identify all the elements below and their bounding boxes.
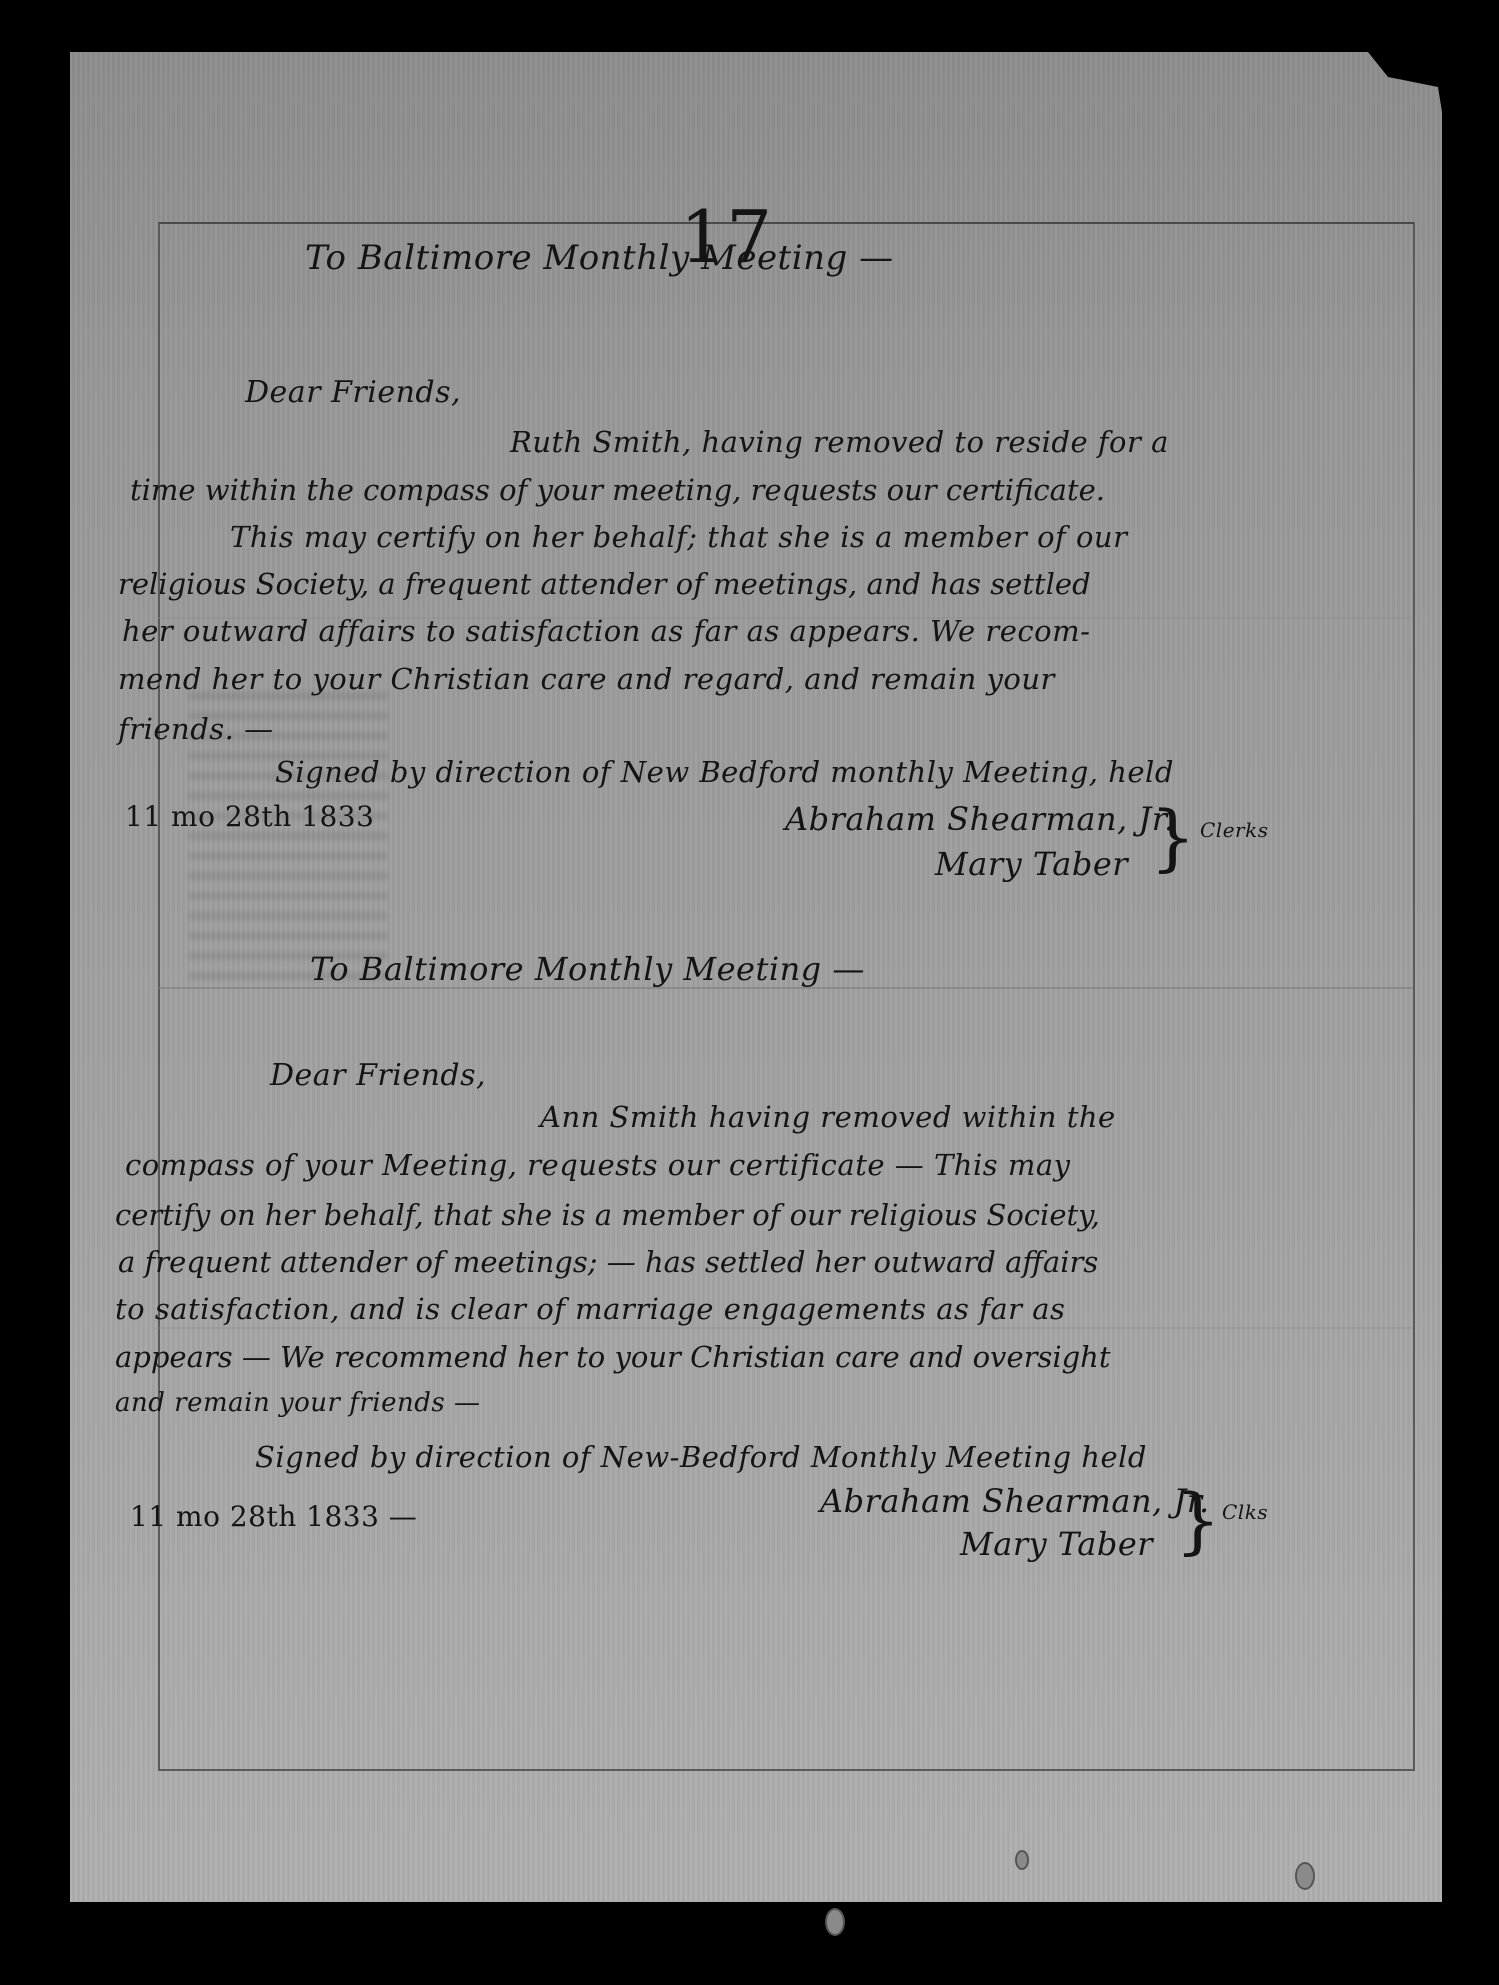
signature-brace: } [1150, 795, 1196, 879]
body-line: appears — We recommend her to your Chris… [115, 1340, 1111, 1374]
body-line: Ann Smith having removed within the [540, 1100, 1116, 1134]
body-line: religious Society, a frequent attender o… [118, 567, 1091, 601]
body-line: to satisfaction, and is clear of marriag… [115, 1292, 1065, 1326]
signature-mary-taber: Mary Taber [960, 1525, 1153, 1563]
signature-abraham-shearman: Abraham Shearman, Jr. [785, 800, 1175, 838]
body-line: a frequent attender of meetings; — has s… [118, 1245, 1098, 1279]
paper-blemish [1015, 1850, 1029, 1870]
body-line: mend her to your Christian care and rega… [118, 662, 1055, 696]
letter-heading: To Baltimore Monthly Meeting — [310, 950, 865, 988]
letter-greeting: Dear Friends, [245, 375, 461, 410]
signature-abraham-shearman: Abraham Shearman, Jr. [820, 1482, 1210, 1520]
signature-mary-taber: Mary Taber [935, 845, 1128, 883]
body-line: certify on her behalf, that she is a mem… [115, 1198, 1100, 1232]
paper-blemish [825, 1908, 845, 1936]
body-line: time within the compass of your meeting,… [130, 473, 1105, 507]
letter-greeting: Dear Friends, [270, 1058, 486, 1093]
paper-blemish [1295, 1862, 1315, 1890]
signature-brace: } [1175, 1478, 1221, 1562]
body-line: Ruth Smith, having removed to reside for… [510, 425, 1169, 459]
body-line: This may certify on her behalf; that she… [230, 520, 1127, 554]
body-line: her outward affairs to satisfaction as f… [122, 614, 1090, 648]
body-line: friends. — [118, 712, 274, 746]
letter-date: 11 mo 28th 1833 — [130, 1500, 417, 1533]
fold-line [158, 1327, 1413, 1329]
letter-closing: Signed by direction of New-Bedford Month… [255, 1440, 1147, 1474]
letter-date: 11 mo 28th 1833 [125, 800, 374, 833]
clerk-label: Clks [1222, 1500, 1268, 1524]
letter-closing: Signed by direction of New Bedford month… [275, 755, 1174, 789]
body-line: and remain your friends — [115, 1388, 480, 1418]
body-line: compass of your Meeting, requests our ce… [125, 1148, 1071, 1182]
letter-heading: To Baltimore Monthly Meeting — [305, 238, 894, 278]
clerk-label: Clerks [1200, 818, 1268, 842]
